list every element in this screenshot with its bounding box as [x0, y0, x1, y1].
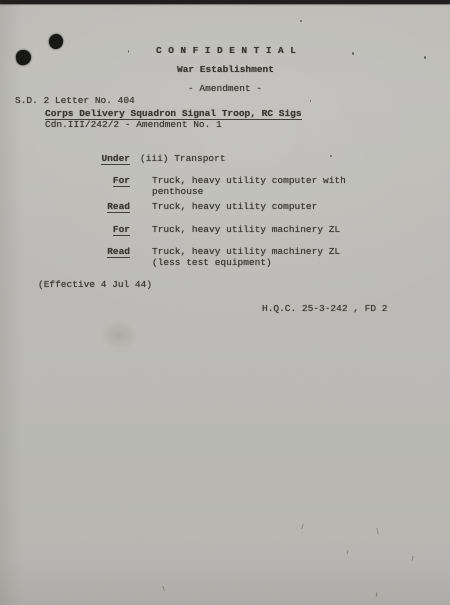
entry-label: For	[113, 175, 130, 187]
entry-line: (less test equipment)	[152, 258, 367, 269]
subject-title: Corps Delivery Squadron Signal Troop, RC…	[45, 109, 302, 120]
scratch-mark	[301, 524, 303, 529]
entry-label: For	[113, 224, 130, 236]
dust-speck	[128, 50, 129, 53]
entry-label-box: For	[98, 225, 130, 236]
amendment-entry: Under (iii) Transport	[98, 154, 130, 165]
ink-blob	[15, 49, 32, 66]
entry-text: (iii) Transport	[140, 154, 355, 165]
entry-label: Read	[107, 201, 130, 213]
entry-text: Truck, heavy utility computer	[152, 202, 367, 213]
establishment-heading: War Establishment	[177, 65, 274, 76]
scanner-edge-bar	[0, 0, 450, 4]
dust-speck	[424, 56, 426, 59]
entry-line: penthouse	[152, 187, 367, 198]
effective-date-note: (Effective 4 Jul 44)	[38, 280, 152, 291]
amendment-heading: - Amendment -	[188, 84, 262, 95]
scratch-mark	[412, 556, 414, 561]
scratch-mark	[347, 550, 349, 554]
entry-line: Truck, heavy utility computer	[152, 202, 367, 213]
entry-label-box: For	[98, 176, 130, 187]
entry-label-box: Read	[98, 247, 130, 258]
document-page: C O N F I D E N T I A L War Establishmen…	[0, 0, 450, 605]
entry-line: Truck, heavy utility computer with	[152, 176, 367, 187]
letter-number: S.D. 2 Letter No. 404	[15, 96, 135, 107]
dust-speck	[352, 52, 354, 55]
dust-speck	[300, 20, 302, 22]
entry-text: Truck, heavy utility computer with penth…	[152, 176, 367, 197]
file-reference: H.Q.C. 25-3-242 , FD 2	[262, 304, 387, 315]
entry-label-box: Read	[98, 202, 130, 213]
amendment-entry: For Truck, heavy utility machinery ZL	[98, 225, 130, 236]
subject-reference: Cdn.III/242/2 - Amendment No. 1	[45, 120, 222, 131]
entry-label: Read	[107, 246, 130, 258]
entry-text: Truck, heavy utility machinery ZL (less …	[152, 247, 367, 268]
scratch-mark	[376, 592, 378, 597]
entry-line: Truck, heavy utility machinery ZL	[152, 225, 367, 236]
amendment-entry: For Truck, heavy utility computer with p…	[98, 176, 130, 187]
scratch-mark	[162, 586, 165, 591]
amendment-entry: Read Truck, heavy utility machinery ZL (…	[98, 247, 130, 258]
entry-label: Under	[101, 153, 130, 165]
entry-label-box: Under	[98, 154, 130, 165]
dust-speck	[310, 100, 311, 102]
entry-line: (iii) Transport	[140, 154, 355, 165]
entry-text: Truck, heavy utility machinery ZL	[152, 225, 367, 236]
ink-blob	[48, 33, 65, 51]
scratch-mark	[376, 528, 378, 534]
paper-smudge	[100, 320, 138, 350]
classification-stamp: C O N F I D E N T I A L	[156, 46, 296, 57]
entry-line: Truck, heavy utility machinery ZL	[152, 247, 367, 258]
amendment-entry: Read Truck, heavy utility computer	[98, 202, 130, 213]
